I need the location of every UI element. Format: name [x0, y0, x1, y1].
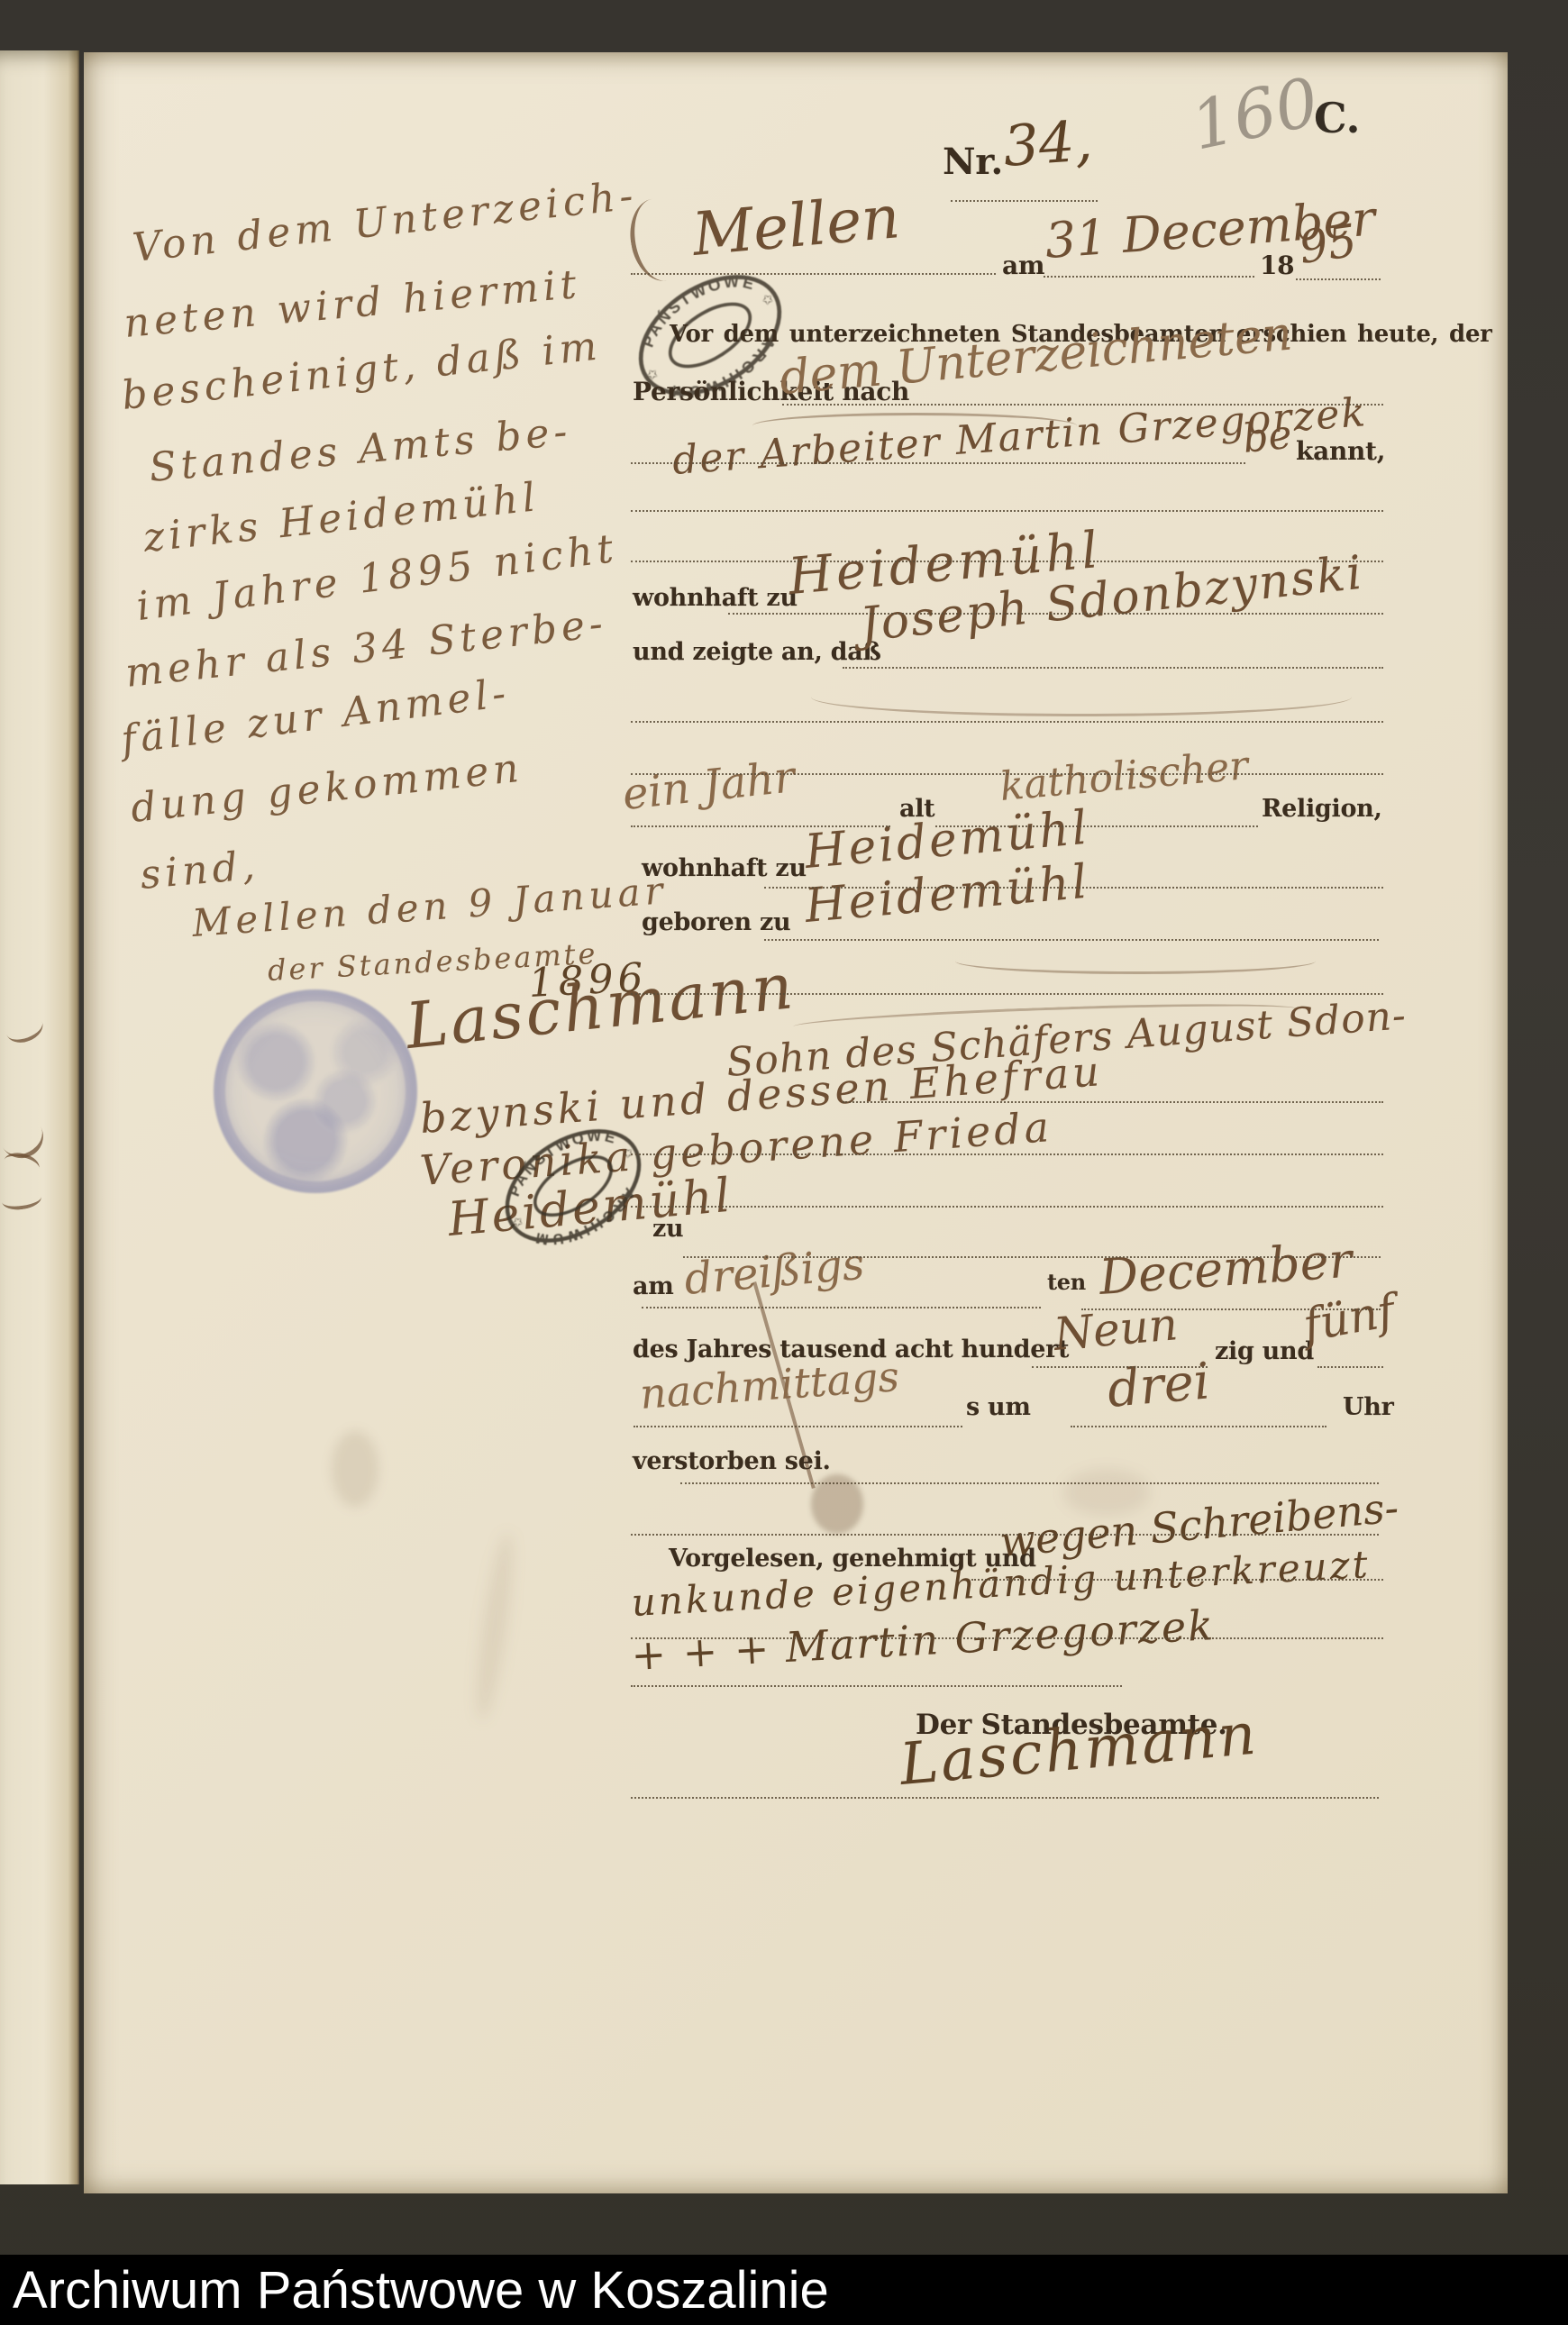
- form-dotted-line: [631, 1206, 1383, 1208]
- verstorben-label: verstorben sei.: [633, 1447, 831, 1475]
- form-dotted-line: [1296, 278, 1381, 280]
- scanned-document-page: 160 C. Nr. 34, Mellen am 31 December 18 …: [0, 0, 1568, 2325]
- archive-watermark-label: Archiwum Państwowe w Koszalinie: [13, 2260, 829, 2320]
- form-dotted-line: [631, 1797, 1379, 1799]
- form-dotted-line: [642, 1307, 1041, 1308]
- section-letter: C.: [1314, 94, 1360, 142]
- form-dotted-line: [683, 1256, 1381, 1258]
- decade-entry: Neun: [1052, 1298, 1180, 1361]
- um-label: s um: [966, 1393, 1031, 1421]
- pen-flourish: [955, 948, 1316, 974]
- form-dotted-line: [631, 1534, 1379, 1536]
- nr-label: Nr.: [943, 141, 1003, 183]
- form-dotted-line: [1317, 1366, 1383, 1368]
- form-dotted-line: [631, 510, 1383, 512]
- form-dotted-line: [782, 404, 1383, 406]
- ten-label: ten: [1047, 1269, 1086, 1295]
- year-prefix-label: 18: [1260, 251, 1294, 280]
- form-dotted-line: [631, 462, 1245, 464]
- year-entry: 95: [1296, 214, 1360, 274]
- anzeige-label: und zeigte an, daß: [633, 638, 881, 666]
- zig-label: zig und: [1215, 1337, 1314, 1365]
- form-dotted-line: [631, 273, 996, 275]
- form-dotted-line: [631, 1685, 1122, 1687]
- am2-label: am: [633, 1272, 673, 1300]
- form-dotted-line: [631, 993, 1383, 995]
- form-dotted-line: [935, 825, 1258, 827]
- hour-entry: drei: [1105, 1352, 1212, 1419]
- form-dotted-line: [1071, 1426, 1326, 1427]
- form-dotted-line: [764, 887, 1383, 889]
- form-dotted-line: [680, 1482, 1379, 1484]
- uhr-label: Uhr: [1343, 1393, 1394, 1421]
- wohnhaft-label: wohnhaft zu: [633, 584, 798, 612]
- form-dotted-line: [631, 721, 1383, 723]
- form-dotted-line: [631, 561, 1383, 562]
- stamp-star-left: ✩: [509, 1213, 526, 1231]
- nr-value: 34,: [1001, 107, 1094, 179]
- pen-flourish: [811, 678, 1352, 716]
- form-dotted-line: [631, 1153, 1383, 1155]
- form-dotted-line: [631, 773, 1383, 775]
- form-dotted-line: [843, 1101, 1383, 1103]
- bekannt-label: kannt,: [1296, 436, 1385, 466]
- form-dotted-line: [631, 825, 890, 827]
- form-dotted-line: [951, 200, 1098, 202]
- blue-round-stamp: [214, 989, 417, 1193]
- geboren-label: geboren zu: [642, 908, 790, 936]
- form-dotted-line: [764, 939, 1379, 941]
- form-dotted-line: [1081, 1308, 1381, 1310]
- form-dotted-line: [631, 1637, 1383, 1639]
- form-dotted-line: [843, 667, 1383, 669]
- form-dotted-line: [728, 613, 1383, 615]
- form-dotted-line: [1044, 276, 1254, 278]
- form-dotted-line: [971, 1579, 1383, 1581]
- form-dotted-line: [1032, 1366, 1208, 1368]
- form-dotted-line: [634, 1426, 962, 1427]
- religion-label: Religion,: [1262, 795, 1382, 823]
- am-label: am: [1002, 251, 1044, 280]
